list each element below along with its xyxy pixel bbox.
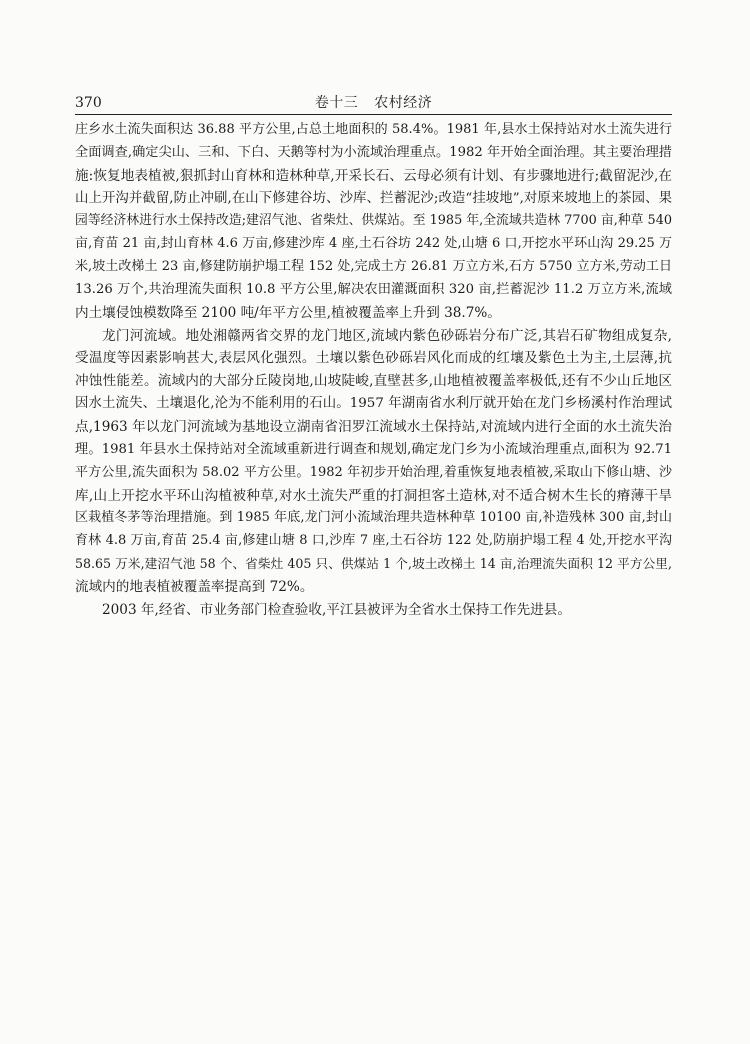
text-line: 亩,育苗 21 亩,封山育林 4.6 万亩,修建沙库 4 座,土石谷坊 242 … <box>75 233 672 256</box>
volume-label: 卷十三 <box>315 95 359 111</box>
text-line: 流域内的地表植被覆盖率提高到 72%。 <box>75 576 672 599</box>
paragraph-1: 庄乡水土流失面积达 36.88 平方公里,占总土地面积的 58.4%。1981 … <box>75 119 672 325</box>
running-title: 卷十三农村经济 <box>75 93 672 113</box>
text-line: 庄乡水土流失面积达 36.88 平方公里,占总土地面积的 58.4%。1981 … <box>75 119 672 142</box>
text-line: 平方公里,流失面积为 58.02 平方公里。1982 年初步开始治理,着重恢复地… <box>75 462 672 485</box>
text-line: 园等经济林进行水土保持改造;建沼气池、省柴灶、供煤站。至 1985 年,全流域共… <box>75 210 672 233</box>
text-line: 13.26 万个,共治理流失面积 10.8 平方公里,解决农田灌溉面积 320 … <box>75 279 672 302</box>
text-line: 施:恢复地表植被,狠抓封山育林和造林种草,开采长石、云母必须有计划、有步骤地进行… <box>75 165 672 188</box>
text-line: 米,坡土改梯土 23 亩,修建防崩护塌工程 152 处,完成土方 26.81 万… <box>75 256 672 279</box>
text-line: 内土壤侵蚀模数降至 2100 吨/年平方公里,植被覆盖率上升到 38.7%。 <box>75 302 672 325</box>
text-line: 理。1981 年县水土保持站对全流域重新进行调查和规划,确定龙门乡为小流域治理重… <box>75 439 672 462</box>
text-line: 58.65 万米,建沼气池 58 个、省柴灶 405 只、供煤站 1 个,坡土改… <box>75 553 672 576</box>
section-label: 农村经济 <box>374 95 432 111</box>
paragraph-2: 龙门河流域。地处湘赣两省交界的龙门地区,流域内紫色砂砾岩分布广泛,其岩石矿物组成… <box>75 325 672 599</box>
text-line: 因水土流失、土壤退化,沦为不能利用的石山。1957 年湖南省水利厅就开始在龙门乡… <box>75 393 672 416</box>
text-line: 全面调查,确定尖山、三和、下白、天鹅等村为小流域治理重点。1982 年开始全面治… <box>75 142 672 165</box>
text-line: 育林 4.8 万亩,育苗 25.4 亩,修建山塘 8 口,沙库 7 座,土石谷坊… <box>75 530 672 553</box>
text-line: 冲蚀性能差。流域内的大部分丘陵岗地,山坡陡峻,直壁甚多,山地植被覆盖率极低,还有… <box>75 370 672 393</box>
header-rule <box>75 114 672 115</box>
text-line: 库,山上开挖水平环山沟植被种草,对水土流失严重的打洞担客土造林,对不适合树木生长… <box>75 485 672 508</box>
text-line: 点,1963 年以龙门河流域为基地设立湖南省汨罗江流域水土保持站,对流域内进行全… <box>75 416 672 439</box>
text-line: 2003 年,经省、市业务部门检查验收,平江县被评为全省水土保持工作先进县。 <box>75 599 672 622</box>
text-line: 受温度等因素影响甚大,表层风化强烈。土壤以紫色砂砾岩风化而成的红壤及紫色土为主,… <box>75 347 672 370</box>
paragraph-3: 2003 年,经省、市业务部门检查验收,平江县被评为全省水土保持工作先进县。 <box>75 599 672 622</box>
text-line: 山上开沟并截留,防止冲刷,在山下修建谷坊、沙库、拦蓄泥沙;改造“挂坡地”,对原来… <box>75 188 672 211</box>
page-header: 370 卷十三农村经济 <box>75 93 672 113</box>
text-line: 龙门河流域。地处湘赣两省交界的龙门地区,流域内紫色砂砾岩分布广泛,其岩石矿物组成… <box>75 325 672 348</box>
text-line: 区栽植冬茅等治理措施。到 1985 年底,龙门河小流域治理共造林种草 10100… <box>75 507 672 530</box>
body-text: 庄乡水土流失面积达 36.88 平方公里,占总土地面积的 58.4%。1981 … <box>75 119 672 622</box>
